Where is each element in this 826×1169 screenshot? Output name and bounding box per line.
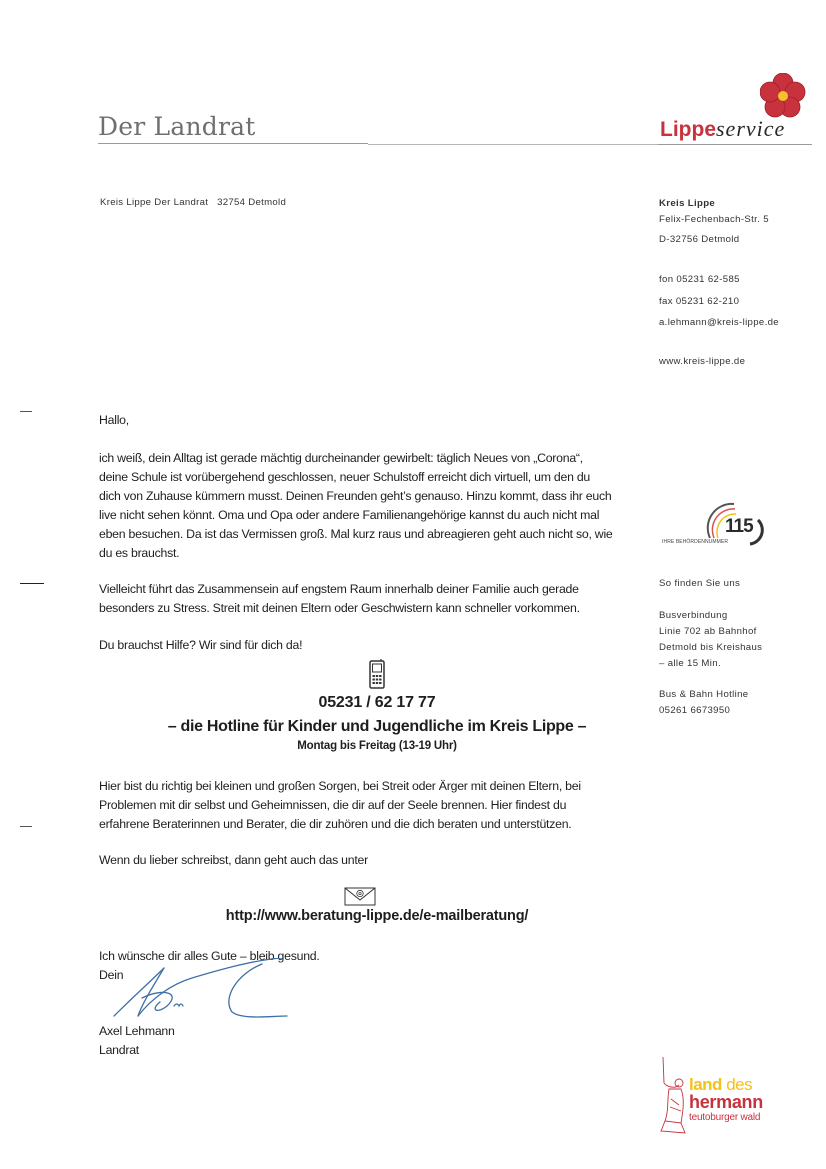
- contact-email[interactable]: a.lehmann@kreis-lippe.de: [659, 317, 779, 328]
- text-line: Vielleicht führt das Zusammensein auf en…: [99, 580, 649, 599]
- email-counseling-link[interactable]: http://www.beratung-lippe.de/e-mailberat…: [99, 908, 655, 924]
- brand-service: service: [716, 116, 785, 141]
- text-line: ich weiß, dein Alltag ist gerade mächtig…: [99, 449, 649, 468]
- contact-street: Felix-Fechenbach-Str. 5: [659, 214, 769, 225]
- bus-hotline-number: 05261 6673950: [659, 705, 730, 716]
- bus-line: Busverbindung: [659, 610, 728, 621]
- help-line: Du brauchst Hilfe? Wir sind für dich da!: [99, 636, 649, 655]
- paragraph-3: Hier bist du richtig bei kleinen und gro…: [99, 777, 649, 834]
- flower-logo-icon: [760, 73, 806, 119]
- contact-fax: fax 05231 62-210: [659, 296, 739, 307]
- text-line: eben besuchen. Da ist das Vermissen groß…: [99, 525, 649, 544]
- text-line: Hier bist du richtig bei kleinen und gro…: [99, 777, 649, 796]
- mobile-phone-icon: [369, 659, 385, 689]
- bus-hotline-label: Bus & Bahn Hotline: [659, 689, 749, 700]
- behoerdennummer-115-logo: 115 IHRE BEHÖRDENNUMMER: [660, 498, 770, 550]
- sender-return-address: Kreis Lippe Der Landrat 32754 Detmold: [100, 197, 286, 208]
- fold-mark: [20, 583, 44, 584]
- badge-115-number: 115: [725, 516, 753, 538]
- fold-mark: [20, 411, 32, 412]
- text-line: Problemen mit dir selbst und Geheimnisse…: [99, 796, 649, 815]
- text-line: live nicht sehen könnt. Oma und Opa oder…: [99, 506, 649, 525]
- fold-mark: [20, 826, 32, 827]
- paragraph-1: ich weiß, dein Alltag ist gerade mächtig…: [99, 449, 649, 563]
- brand-lippe: Lippe: [660, 118, 716, 141]
- contact-phone: fon 05231 62-585: [659, 274, 740, 285]
- contact-org: Kreis Lippe: [659, 198, 715, 209]
- text-line: besonders zu Stress. Streit mit deinen E…: [99, 599, 649, 618]
- text-line: erfahrene Beraterinnen und Berater, die …: [99, 815, 649, 834]
- land-des-hermann-logo: land des hermann teutoburger wald: [655, 1055, 785, 1135]
- header-rule: [658, 144, 812, 145]
- text-line: deine Schule ist vorübergehend geschloss…: [99, 468, 649, 487]
- bus-line: – alle 15 Min.: [659, 658, 721, 669]
- lippeservice-logo: Lippeservice: [660, 116, 785, 142]
- hotline-hours: Montag bis Freitag (13-19 Uhr): [99, 740, 655, 752]
- hotline-number[interactable]: 05231 / 62 17 77: [99, 694, 655, 712]
- envelope-at-icon: [344, 887, 376, 906]
- write-line: Wenn du lieber schreibst, dann geht auch…: [99, 851, 649, 870]
- signer-name: Axel Lehmann: [99, 1022, 649, 1041]
- logo-tagline: teutoburger wald: [689, 1112, 760, 1123]
- badge-115-caption: IHRE BEHÖRDENNUMMER: [662, 539, 728, 545]
- greeting: Hallo,: [99, 411, 649, 430]
- bus-line: Linie 702 ab Bahnhof: [659, 626, 757, 637]
- handwritten-signature: [112, 958, 292, 1022]
- directions-heading: So finden Sie uns: [659, 578, 740, 589]
- text-line: du es brauchst.: [99, 544, 649, 563]
- bus-line: Detmold bis Kreishaus: [659, 642, 762, 653]
- logo-word-hermann: hermann: [689, 1093, 763, 1111]
- signer-title: Landrat: [99, 1041, 649, 1060]
- header-rule: [98, 143, 368, 144]
- letterhead-title: Der Landrat: [98, 112, 255, 141]
- header-rule: [368, 144, 658, 145]
- text-line: dich von Zuhause kümmern musst. Deinen F…: [99, 487, 649, 506]
- hotline-label: – die Hotline für Kinder und Jugendliche…: [99, 718, 655, 736]
- contact-city: D-32756 Detmold: [659, 234, 739, 245]
- contact-website[interactable]: www.kreis-lippe.de: [659, 356, 745, 367]
- paragraph-2: Vielleicht führt das Zusammensein auf en…: [99, 580, 649, 618]
